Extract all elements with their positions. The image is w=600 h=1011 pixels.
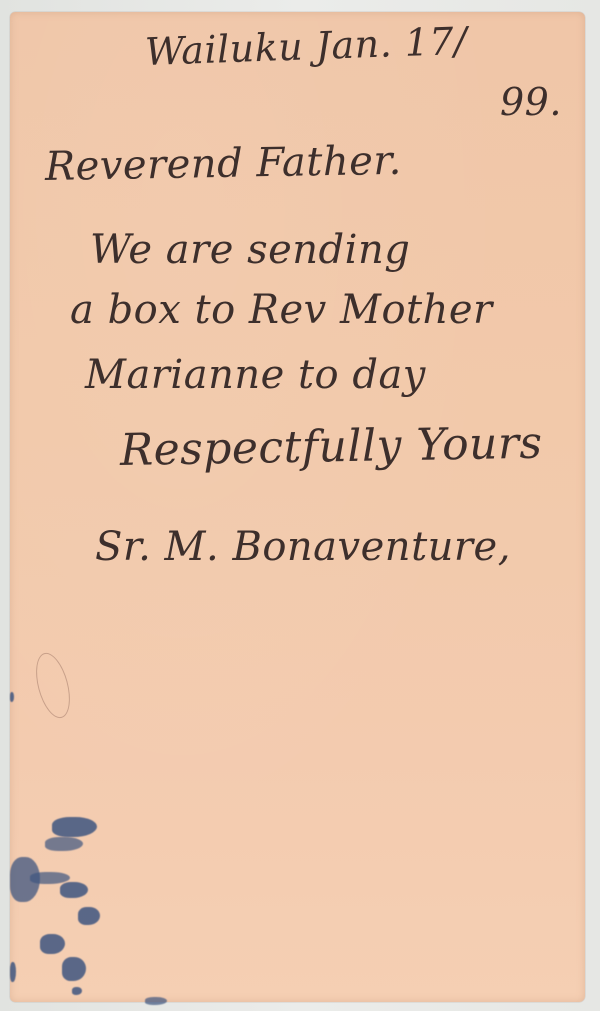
signature: Sr. M. Bonaventure, [95, 524, 511, 570]
dateline-year: 99. [500, 80, 562, 124]
body-line: Marianne to day [85, 352, 426, 398]
ink-stain [52, 817, 97, 837]
ink-stain [40, 934, 65, 954]
ink-stain [10, 962, 16, 982]
faint-pencil-mark [30, 649, 76, 721]
body-line: We are sending [90, 227, 410, 273]
ink-stain [10, 692, 14, 702]
scan-background: Wailuku Jan. 17/ 99. Reverend Father. We… [0, 0, 600, 1011]
body-line: a box to Rev Mother [70, 287, 493, 333]
ink-stain [62, 957, 86, 981]
dateline-place-date: Wailuku Jan. 17/ [144, 19, 468, 74]
ink-stain [145, 997, 167, 1005]
ink-stain [45, 837, 83, 851]
ink-stain [72, 987, 82, 995]
ink-stain [78, 907, 100, 925]
salutation: Reverend Father. [45, 138, 403, 190]
postcard: Wailuku Jan. 17/ 99. Reverend Father. We… [10, 12, 585, 1002]
ink-stain [60, 882, 88, 898]
closing: Respectfully Yours [120, 418, 543, 476]
